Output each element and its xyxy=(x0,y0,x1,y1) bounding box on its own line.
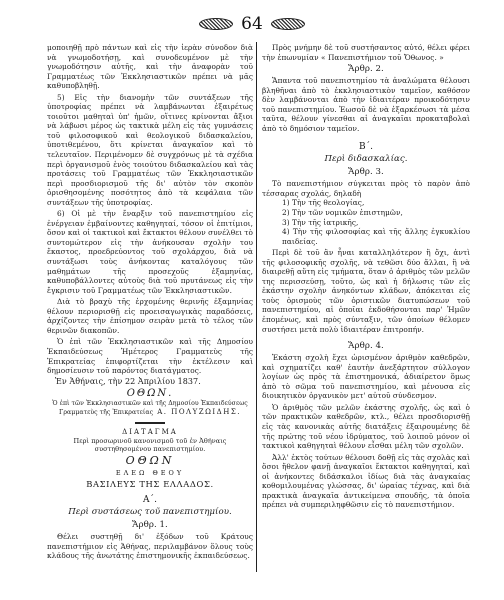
decree-title: ΔΙΑΤΑΓΜΑ xyxy=(47,427,253,437)
paragraph-minister-charge: Ὁ ἐπὶ τῶν Ἐκκλησιαστικῶν καὶ τῆς Δημοσίο… xyxy=(47,337,253,375)
school-list-item: 3) Τὴν τῆς ἰατρικῆς, xyxy=(262,218,470,228)
right-column: Πρὸς μνήμην δὲ τοῦ συστήσαντος αὐτό, θέλ… xyxy=(262,43,470,510)
article-2-heading: Ἄρθρ. 2. xyxy=(262,63,470,75)
school-list-item: 4) Τὴν τῆς φιλοσοφίας καὶ τῆς ἄλλης ἐγκυ… xyxy=(262,227,470,246)
ornament-right-icon xyxy=(271,18,305,30)
king-title: ΒΑΣΙΛΕΥΣ ΤΗΣ ΕΛΛΑΔΟΣ. xyxy=(47,478,253,490)
article-3-text: Τὸ πανεπιστήμιον σύγκειται πρὸς τὸ παρὸν… xyxy=(262,179,470,198)
page-number: 64 xyxy=(241,14,263,34)
school-list-item: 1) Τὴν τῆς θεολογίας, xyxy=(262,198,470,208)
by-grace-of-god: ΕΛΕΩ ΘΕΟΥ xyxy=(47,468,253,478)
paragraph-5: 5) Εἰς τὴν διανομὴν τῶν συντάξεων τῆς ὑπ… xyxy=(47,93,253,208)
king-name: ΟΘΩΝ xyxy=(47,454,253,468)
paragraph-members: Ὁ ἀριθμὸς τῶν μελῶν ἑκάστης σχολῆς, ὡς κ… xyxy=(262,403,470,451)
article-1-heading: Ἄρθρ. 1. xyxy=(47,519,253,531)
paragraph-division: Περὶ δὲ τοῦ ἂν ἦναι καταλληλότερον ἢ ὄχι… xyxy=(262,248,470,334)
separator-rule xyxy=(135,422,165,424)
section-b-letter: Β΄. xyxy=(262,141,470,153)
article-4-heading: Ἄρθρ. 4. xyxy=(262,340,470,352)
paragraph-6: 6) Οἱ μὲ τὴν ἔναρξιν τοῦ πανεπιστημίου ε… xyxy=(47,209,253,295)
countersign-name: Α. ΠΟΛΥΖΩΙΔΗΣ. xyxy=(157,408,241,416)
royal-signature: ΟΘΩΝ. xyxy=(47,387,253,400)
paragraph-summer-term: Διὰ τὸ βραχὺ τῆς ἐρχομένης θερινῆς ἐξαμη… xyxy=(47,297,253,335)
article-4-text: Ἑκάστη σχολὴ ἔχει ὡρισμένον ἀριθμὸν καθε… xyxy=(262,353,470,401)
section-b-title: Περὶ διδασκαλίας. xyxy=(262,153,470,165)
section-a-letter: Α΄. xyxy=(47,494,253,506)
article-3-heading: Ἄρθρ. 3. xyxy=(262,166,470,178)
paragraph-university-name: Πρὸς μνήμην δὲ τοῦ συστήσαντος αὐτό, θέλ… xyxy=(262,43,470,62)
paragraph-continued: μοποιηθῇ πρὸ πάντων καὶ εἰς τὴν ἱερὰν σύ… xyxy=(47,43,253,91)
paragraph-extraordinary: Ἀλλ' ἐκτὸς τούτων θέλουσι δοθῇ εἰς τὰς σ… xyxy=(262,453,470,510)
left-column: μοποιηθῇ πρὸ πάντων καὶ εἰς τὴν ἱερὰν σύ… xyxy=(47,43,253,561)
article-1-text: Θέλει συστηθῇ δι' ἐξόδων τοῦ Κράτους παν… xyxy=(47,532,253,561)
article-2-text: Ἅπαντα τοῦ πανεπιστημίου τὰ ἀναλώματα θέ… xyxy=(262,76,470,133)
countersign-line: Ὁ ἐπὶ τῶν Ἐκκλησιαστικῶν καὶ τῆς Δημοσίο… xyxy=(47,400,253,409)
decree-subject: Περὶ προσωρινοῦ κανονισμοῦ τοῦ ἐν Ἀθήναι… xyxy=(47,437,253,454)
date-line: Ἐν Ἀθήναις, τὴν 22 Ἀπριλίου 1837. xyxy=(47,376,253,387)
page-header: 64 xyxy=(0,12,504,36)
section-a-title: Περὶ συστάσεως τοῦ πανεπιστημίου. xyxy=(47,506,253,518)
countersign-office: Γραμματεὺς τῆς Ἐπικρατείας xyxy=(59,409,153,416)
school-list-item: 2) Τὴν τῶν νομικῶν ἐπιστημῶν, xyxy=(262,208,470,218)
countersign-title: Γραμματεὺς τῆς Ἐπικρατείας Α. ΠΟΛΥΖΩΙΔΗΣ… xyxy=(47,408,253,418)
ornament-left-icon xyxy=(199,18,233,30)
column-divider xyxy=(256,42,257,572)
